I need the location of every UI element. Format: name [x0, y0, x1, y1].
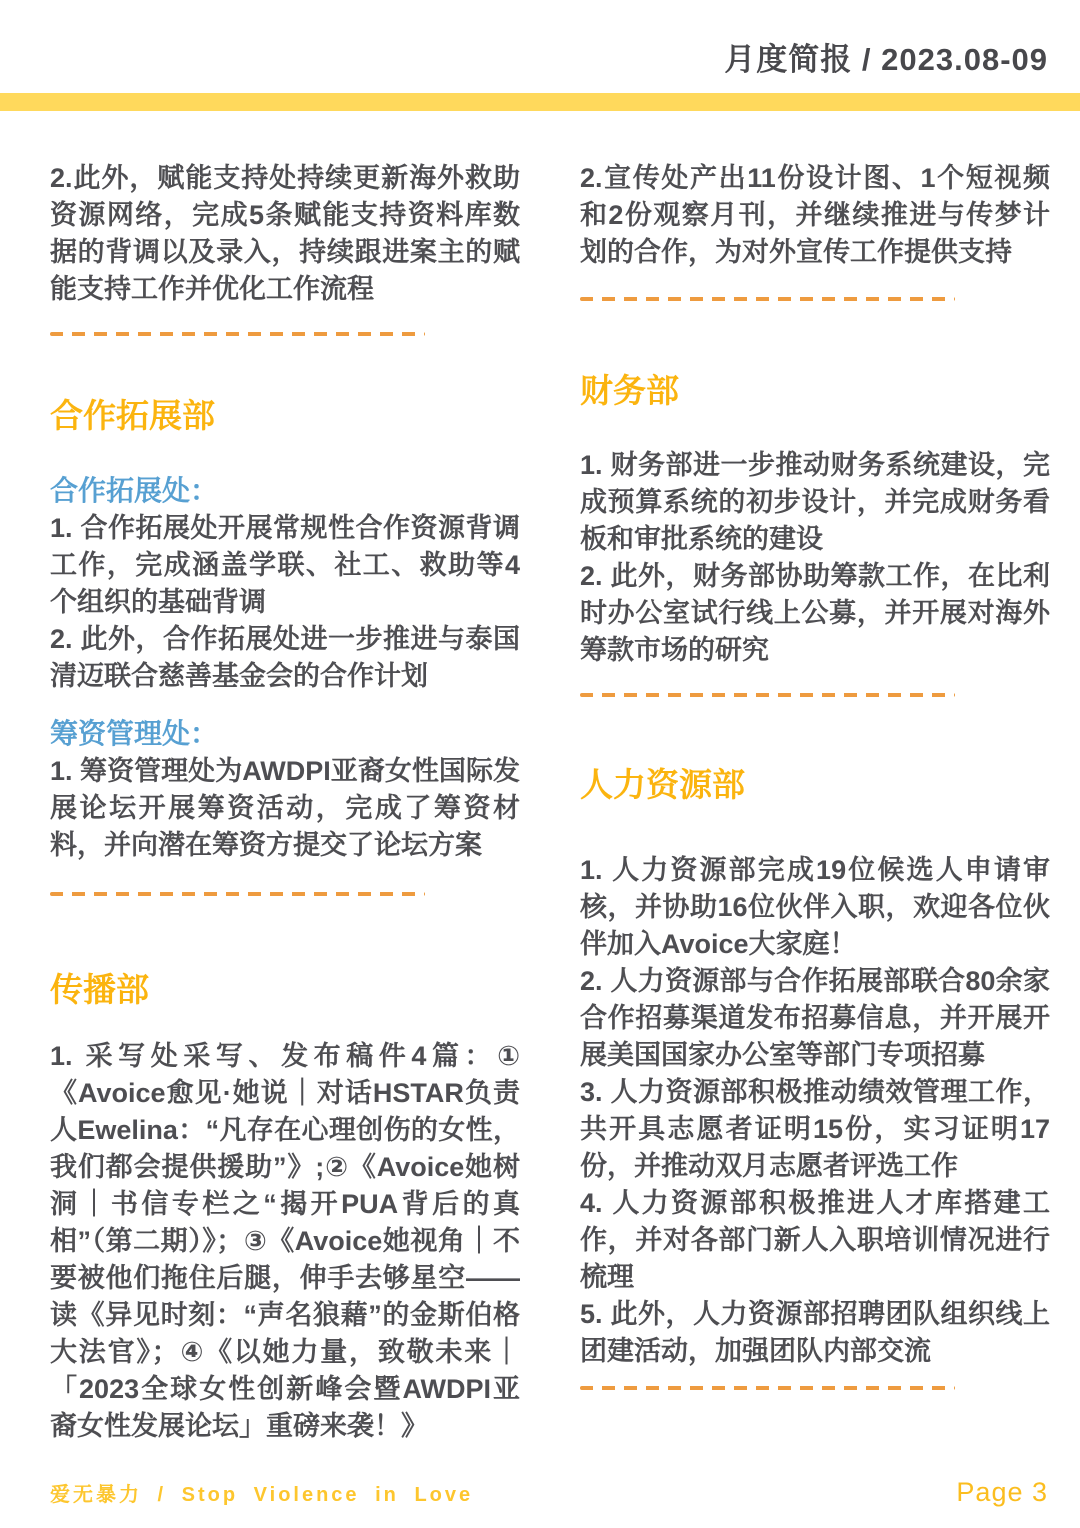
hr-items: 1. 人力资源部完成19位候选人申请审核，并协助16位伙伴入职，欢迎各位伙伴加入… [580, 852, 1050, 1370]
page-footer: 爱无暴力 / Stop Violence in Love Page 3 [50, 1477, 1048, 1508]
dept-heading-cooperation: 合作拓展部 [50, 394, 520, 438]
cooperation-office-items: 1. 合作拓展处开展常规性合作资源背调工作，完成涵盖学联、社工、救助等4个组织的… [50, 510, 520, 695]
report-page: 月度简报 / 2023.08-09 2.此外，赋能支持处持续更新海外救助资源网络… [0, 0, 1080, 1528]
right-column: 2.宣传处产出11份设计图、1个短视频和2份观察月刊，并继续推进与传梦计划的合作… [580, 160, 1050, 1445]
publicity-paragraph: 2.宣传处产出11份设计图、1个短视频和2份观察月刊，并继续推进与传梦计划的合作… [580, 160, 1050, 271]
footer-slogan: 爱无暴力 / Stop Violence in Love [50, 1478, 473, 1507]
dashed-divider [50, 332, 425, 336]
footer-page-number: Page 3 [956, 1477, 1048, 1508]
office-label-fundraising: 筹资管理处： [50, 717, 520, 751]
dashed-divider [580, 693, 955, 697]
top-accent-bar [0, 93, 1080, 111]
dashed-divider [50, 892, 425, 896]
dept-heading-communication: 传播部 [50, 968, 520, 1012]
content-columns: 2.此外，赋能支持处持续更新海外救助资源网络，完成5条赋能支持资料库数据的背调以… [0, 111, 1080, 1445]
communication-items: 1. 采写处采写、发布稿件4篇：①《Avoice愈见·她说｜对话HSTAR负责人… [50, 1038, 520, 1445]
page-header: 月度简报 / 2023.08-09 [0, 0, 1080, 78]
left-column: 2.此外，赋能支持处持续更新海外救助资源网络，完成5条赋能支持资料库数据的背调以… [50, 160, 520, 1445]
office-label-cooperation: 合作拓展处： [50, 474, 520, 508]
empowerment-paragraph: 2.此外，赋能支持处持续更新海外救助资源网络，完成5条赋能支持资料库数据的背调以… [50, 160, 520, 308]
dept-heading-finance: 财务部 [580, 369, 1050, 413]
dashed-divider [580, 1386, 955, 1390]
dashed-divider [580, 297, 955, 301]
dept-heading-hr: 人力资源部 [580, 763, 1050, 807]
finance-items: 1. 财务部进一步推动财务系统建设，完成预算系统的初步设计，并完成财务看板和审批… [580, 447, 1050, 669]
header-title: 月度简报 / 2023.08-09 [0, 42, 1048, 78]
fundraising-office-items: 1. 筹资管理处为AWDPI亚裔女性国际发展论坛开展筹资活动，完成了筹资材料，并… [50, 753, 520, 864]
